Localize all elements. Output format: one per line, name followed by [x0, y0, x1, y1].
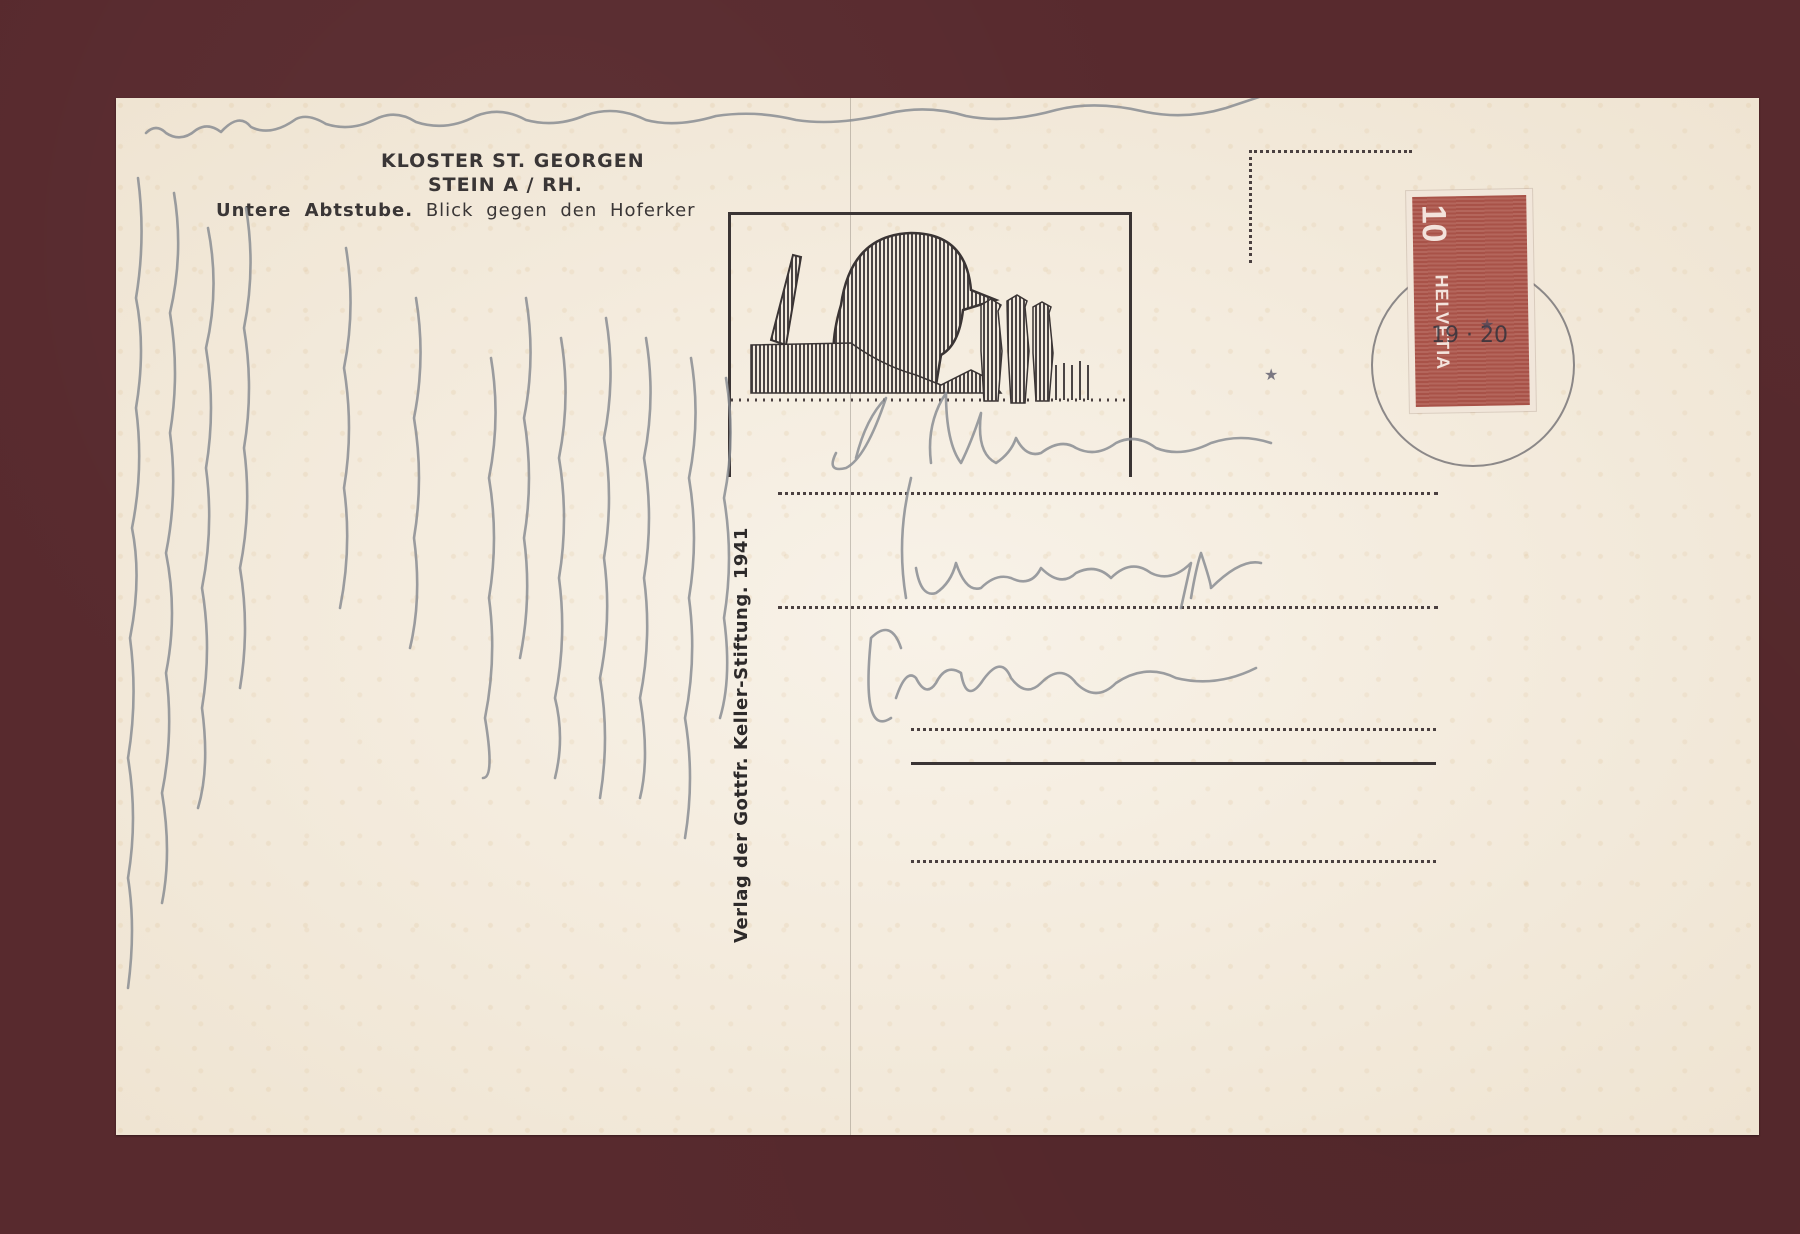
postmark-date: 19 · 20: [1431, 323, 1508, 348]
postcard: KLOSTER ST. GEORGEN STEIN A / RH. Untere…: [116, 98, 1759, 1135]
stamp-engraving: 10 HELVETIA: [1412, 195, 1530, 407]
publisher-imprint: Verlag der Gottfr. Keller-Stiftung. 1941: [731, 527, 752, 943]
address-underline: [911, 762, 1436, 765]
soldier-helmet-illustration: [731, 215, 1129, 477]
heading-kloster: KLOSTER ST. GEORGEN: [381, 150, 645, 172]
heading-stein: STEIN A / RH.: [428, 174, 583, 196]
address-line-2: [778, 606, 1438, 609]
slogan-cancel-box: [728, 212, 1132, 477]
address-line-3: [911, 728, 1436, 731]
postage-stamp: 10 HELVETIA: [1406, 189, 1536, 413]
postmark-star-icon: ★: [1480, 315, 1494, 334]
stamp-value: 10: [1413, 204, 1453, 243]
caption: Untere Abtstube. Blick gegen den Hoferke…: [216, 200, 696, 221]
address-line-4: [911, 860, 1436, 863]
stamp-placement-box: [1249, 150, 1412, 263]
caption-bold: Untere Abtstube.: [216, 200, 413, 221]
caption-regular: Blick gegen den Hoferker: [426, 200, 696, 221]
postmark-star-icon: ★: [1264, 365, 1278, 384]
address-line-1: [778, 492, 1438, 495]
